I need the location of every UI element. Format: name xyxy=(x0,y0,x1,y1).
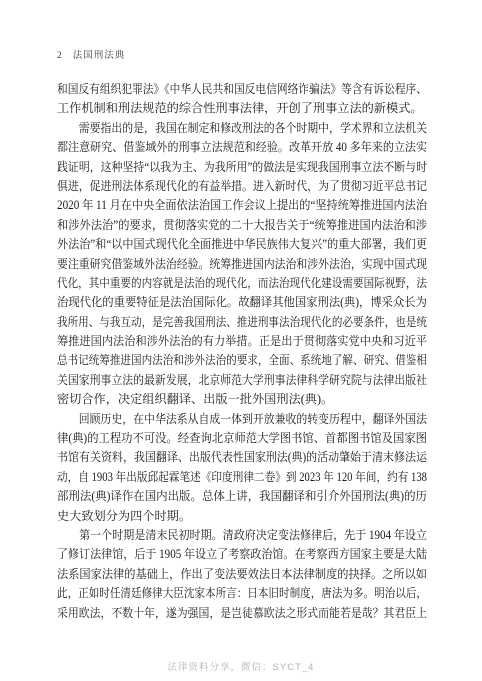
text-line: 动，自 1903 年出版邱起霖笔述《印度刑律二卷》到 2023 年 120 年间… xyxy=(57,468,427,487)
text-line: 治现代化的重要特征是法治国际化。故翻译其他国家刑法(典)，博采众长为 xyxy=(57,293,427,312)
text-line: 史大致划分为四个时期。 xyxy=(57,507,427,526)
text-line: 总书记统筹推进国内法治和涉外法治的要求，全面、系统地了解、研究、借鉴相 xyxy=(57,351,427,370)
page-header: 2法国刑法典 xyxy=(57,47,125,61)
text-line: 此，正如时任清廷修律大臣沈家本所言：日本旧时制度，唐法为多。明治以后， xyxy=(57,584,427,603)
text-line: 和国反有组织犯罪法》《中华人民共和国反电信网络诈骗法》等含有诉讼程序、 xyxy=(57,80,427,99)
text-line: 第一个时期是清末民初时期。清政府决定变法修律后，先于 1904 年设立 xyxy=(57,526,427,545)
text-line: 部刑法(典)译作在国内出版。总体上讲，我国翻译和引介外国刑法(典)的历 xyxy=(57,487,427,506)
text-line: 工作机制和刑法规范的综合性刑事法律，开创了刑事立法的新模式。 xyxy=(57,99,427,118)
text-line: 和涉外法治”的要求，贯彻落实党的二十大报告关于“统筹推进国内法治和涉 xyxy=(57,216,427,235)
text-line: 要注重研究借鉴域外法治经验。统筹推进国内法治和涉外法治，实现中国式现 xyxy=(57,255,427,274)
text-line: 书馆有关资料，我国翻译、出版代表性国家刑法(典)的活动肇始于清末修法运 xyxy=(57,448,427,467)
running-title: 法国刑法典 xyxy=(73,47,126,61)
text-line: 俱进，促进刑法体系现代化的有益举措。进入新时代，为了贯彻习近平总书记 xyxy=(57,177,427,196)
page-number: 2 xyxy=(57,51,62,61)
text-line: 都注意研究、借鉴域外的刑事立法规范和经验。改革开放 40 多年来的立法实 xyxy=(57,138,427,157)
book-page: 2法国刑法典 和国反有组织犯罪法》《中华人民共和国反电信网络诈骗法》等含有诉讼程… xyxy=(0,0,482,681)
body-text: 和国反有组织犯罪法》《中华人民共和国反电信网络诈骗法》等含有诉讼程序、工作机制和… xyxy=(57,80,427,623)
text-line: 我所用、与我互动，是完善我国刑法、推进刑事法治现代化的必要条件，也是统 xyxy=(57,313,427,332)
text-line: 密切合作，决定组织翻译、出版一批外国刑法(典)。 xyxy=(57,390,427,409)
text-line: 外法治”和“以中国式现代化全面推进中华民族伟大复兴”的重大部署，我们更 xyxy=(57,235,427,254)
text-line: 代化，其中重要的内容就是法治的现代化，而法治现代化建设需要国际视野，法 xyxy=(57,274,427,293)
text-line: 需要指出的是，我国在制定和修改刑法的各个时期中，学术界和立法机关 xyxy=(57,119,427,138)
text-line: 法系国家法律的基础上，作出了变法要效法日本法律制度的抉择。之所以如 xyxy=(57,565,427,584)
text-line: 回顾历史，在中华法系从自成一体到开放兼收的转变历程中，翻译外国法 xyxy=(57,410,427,429)
text-line: 2020 年 11 月在中央全面依法治国工作会议上提出的“坚持统筹推进国内法治 xyxy=(57,196,427,215)
text-line: 筹推进国内法治和涉外法治的有力举措。正是出于贯彻落实党中央和习近平 xyxy=(57,332,427,351)
footer-watermark: 法律资料分享，微信：SYCT_4 xyxy=(0,659,482,673)
text-line: 律(典)的工程功不可没。经查询北京师范大学图书馆、首都图书馆及国家图 xyxy=(57,429,427,448)
text-line: 了修订法律馆，后于 1905 年设立了考察政治馆。在考察西方国家主要是大陆 xyxy=(57,545,427,564)
text-line: 践证明，这种坚持“以我为主、为我所用”的做法是实现我国刑事立法不断与时 xyxy=(57,158,427,177)
text-line: 关国家刑事立法的最新发展，北京师范大学刑事法律科学研究院与法律出版社 xyxy=(57,371,427,390)
text-line: 采用欧法，不数十年，遂为强国，是岂徒慕欧法之形式而能若是哉？其君臣上 xyxy=(57,604,427,623)
